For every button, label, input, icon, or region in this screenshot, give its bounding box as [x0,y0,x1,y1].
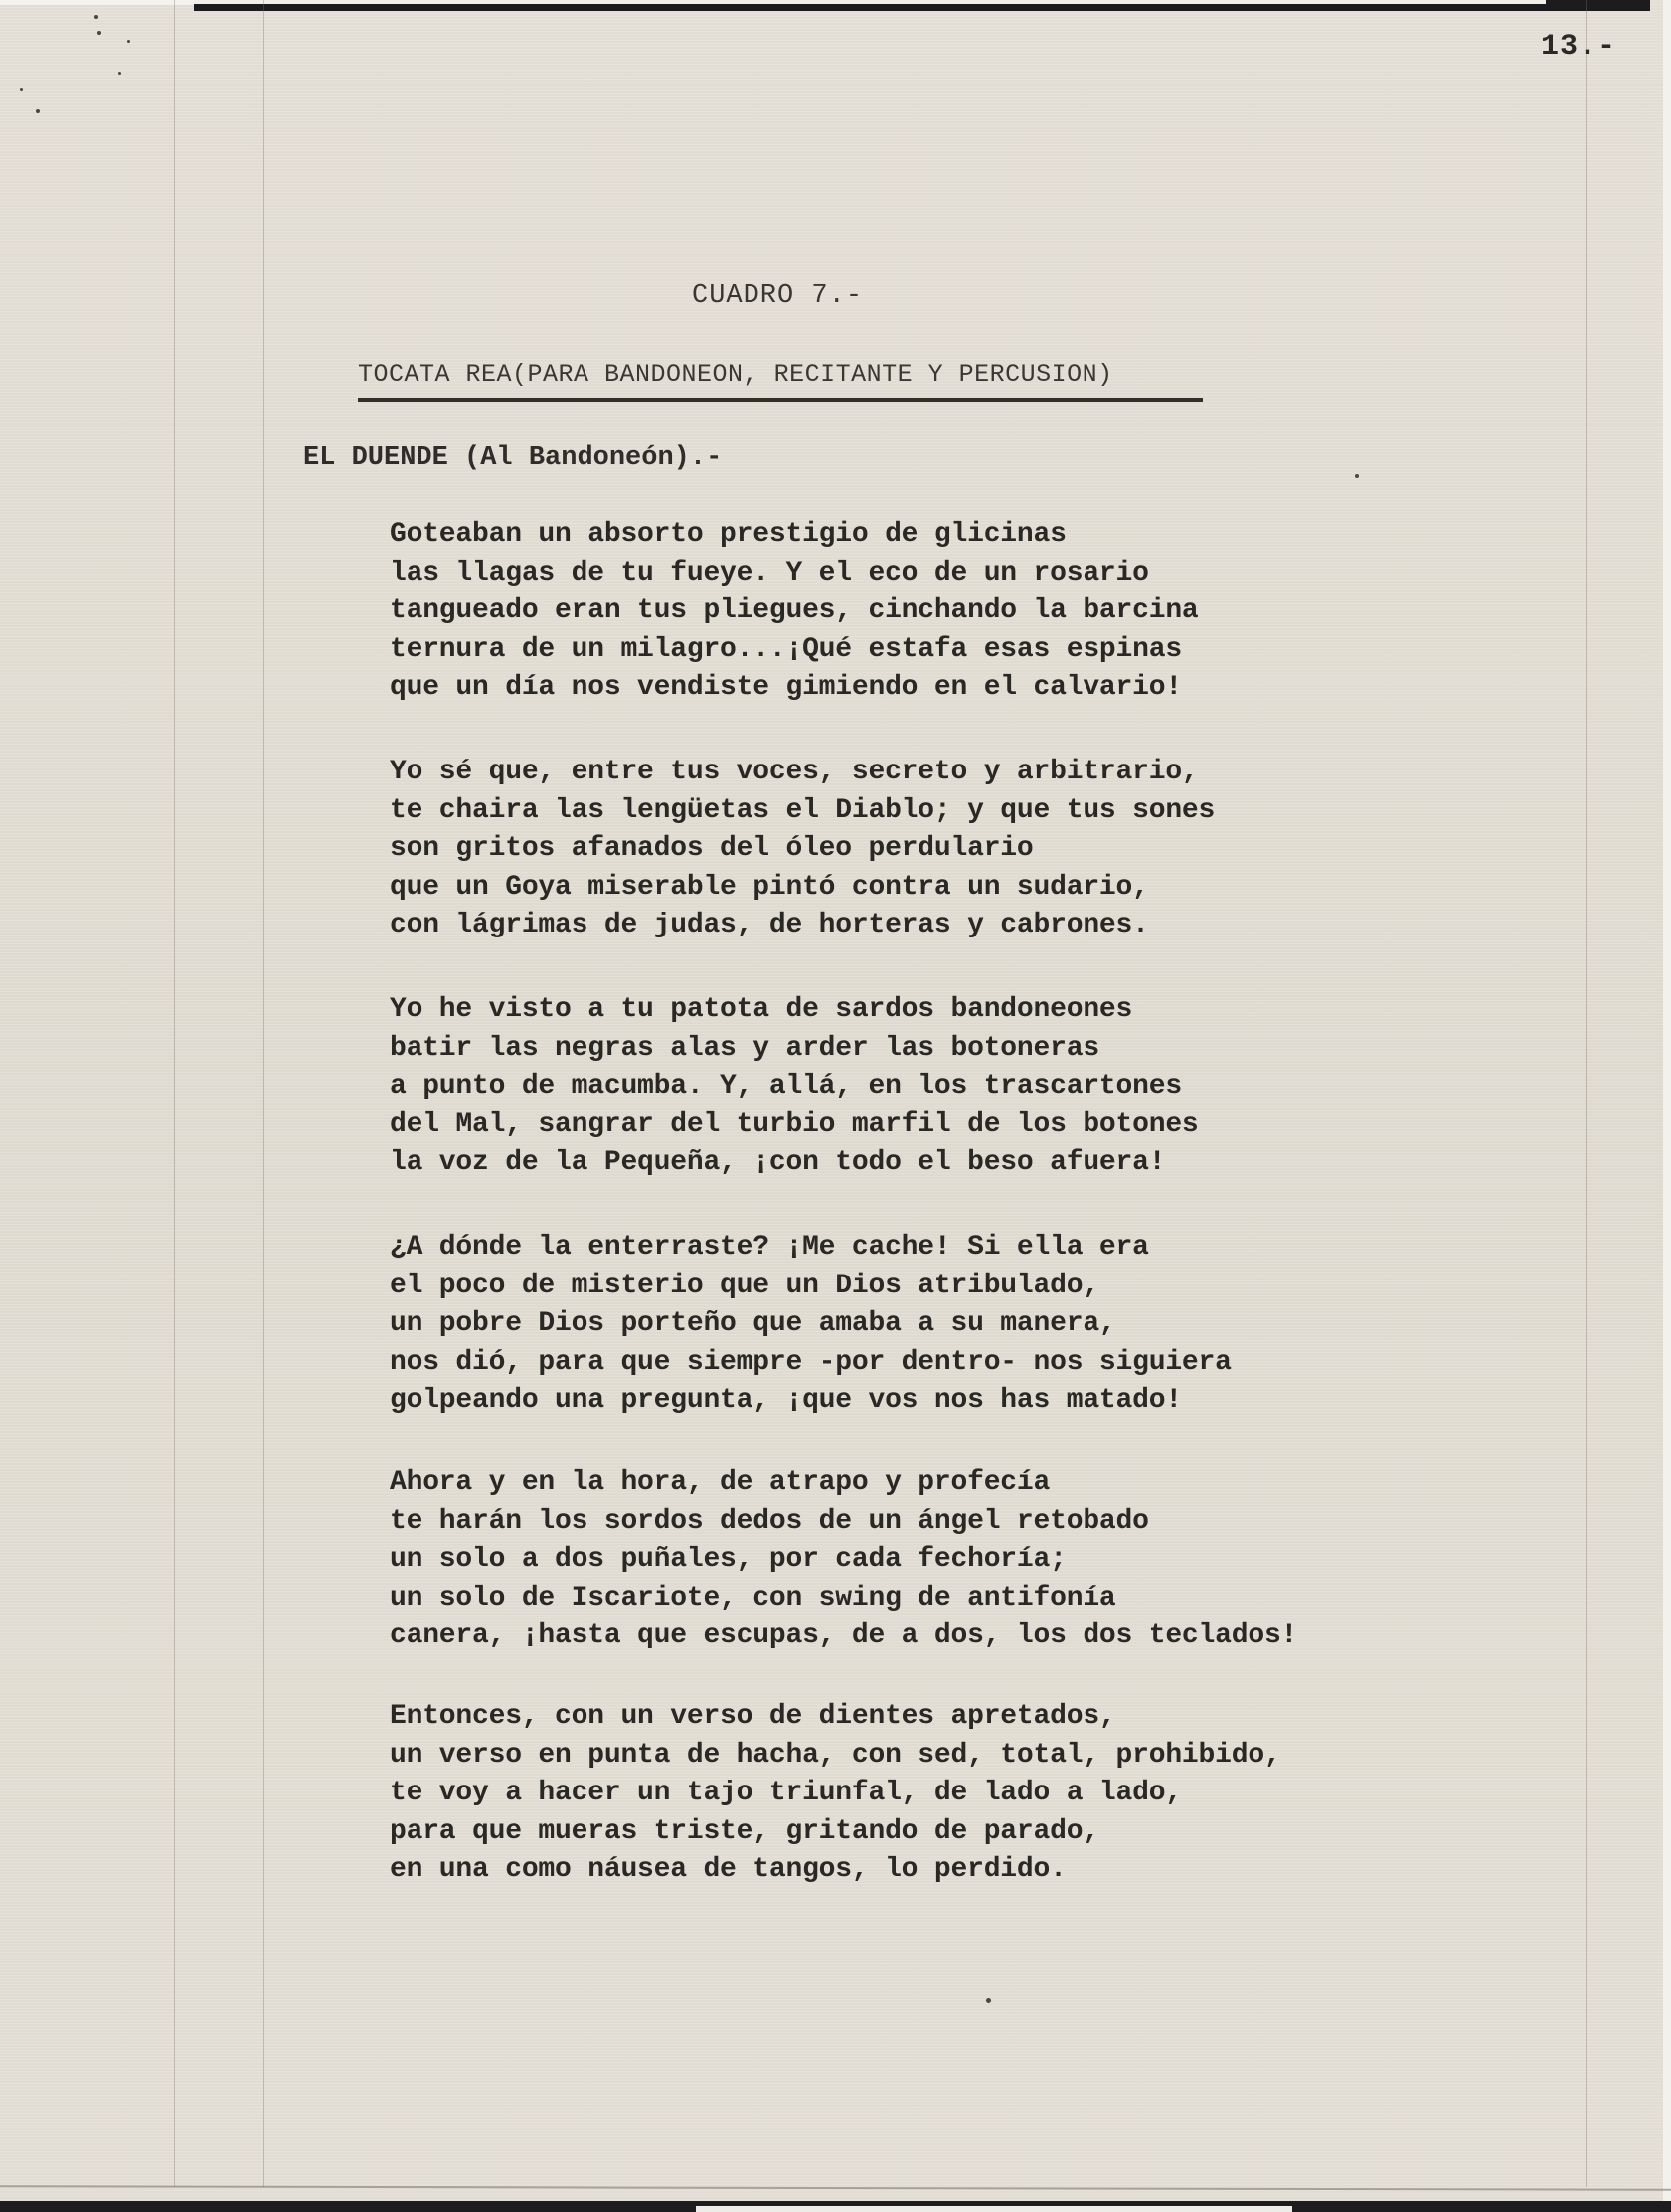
scene-title: CUADRO 7.- [692,281,863,311]
verse-line: la voz de la Pequeña, ¡con todo el beso … [390,1144,1199,1183]
ink-speck [97,31,101,35]
ink-speck [986,1998,991,2003]
verse-line: son gritos afanados del óleo perdulario [390,830,1215,869]
ink-speck [118,72,121,75]
fold-line [1586,0,1587,2187]
verse-line: batir las negras alas y arder las botone… [390,1030,1199,1069]
verse-line: un verso en punta de hacha, con sed, tot… [390,1737,1281,1776]
ink-speck [20,88,23,91]
ink-speck [94,15,98,19]
scan-border-bottom-highlight [696,2206,1292,2212]
verse-line: un solo de Iscariote, con swing de antif… [390,1580,1297,1618]
verse-line: a punto de macumba. Y, allá, en los tras… [390,1068,1199,1106]
verse-line: ¿A dónde la enterraste? ¡Me cache! Si el… [390,1229,1232,1268]
verse-line: en una como náusea de tangos, lo perdido… [390,1851,1281,1890]
verse-line: las llagas de tu fueye. Y el eco de un r… [390,555,1199,594]
stanza-6: Entonces, con un verso de dientes apreta… [390,1698,1281,1890]
stanza-1: Goteaban un absorto prestigio de glicina… [390,516,1199,708]
ink-speck [127,40,130,43]
scan-border-right [1663,0,1671,2212]
verse-line: Yo he visto a tu patota de sardos bandon… [390,991,1199,1030]
ink-speck [1355,474,1359,478]
verse-line: tangueado eran tus pliegues, cinchando l… [390,593,1199,631]
stanza-2: Yo sé que, entre tus voces, secreto y ar… [390,754,1215,945]
verse-line: Yo sé que, entre tus voces, secreto y ar… [390,754,1215,792]
stanza-4: ¿A dónde la enterraste? ¡Me cache! Si el… [390,1229,1232,1421]
speaker-heading: EL DUENDE (Al Bandoneón).- [303,443,722,473]
verse-line: del Mal, sangrar del turbio marfil de lo… [390,1106,1199,1145]
fold-line [263,0,264,2187]
verse-line: golpeando una pregunta, ¡que vos nos has… [390,1382,1232,1421]
scan-border-top-highlight [194,0,1546,4]
verse-line: Goteaban un absorto prestigio de glicina… [390,516,1199,555]
verse-line: un solo a dos puñales, por cada fechoría… [390,1541,1297,1580]
stanza-3: Yo he visto a tu patota de sardos bandon… [390,991,1199,1183]
verse-line: que un día nos vendiste gimiendo en el c… [390,669,1199,708]
scene-subtitle: TOCATA REA(PARA BANDONEON, RECITANTE Y P… [358,360,1113,389]
stanza-5: Ahora y en la hora, de atrapo y profecía… [390,1464,1297,1656]
verse-line: te chaira las lengüetas el Diablo; y que… [390,792,1215,831]
ink-speck [36,109,40,113]
subtitle-underline [358,398,1203,402]
verse-line: te harán los sordos dedos de un ángel re… [390,1503,1297,1542]
verse-line: Ahora y en la hora, de atrapo y profecía [390,1464,1297,1503]
page-number: 13.- [1541,30,1616,64]
verse-line: que un Goya miserable pintó contra un su… [390,869,1215,908]
verse-line: para que mueras triste, gritando de para… [390,1813,1281,1852]
verse-line: un pobre Dios porteño que amaba a su man… [390,1305,1232,1344]
verse-line: ternura de un milagro...¡Qué estafa esas… [390,631,1199,670]
verse-line: con lágrimas de judas, de horteras y cab… [390,907,1215,945]
verse-line: Entonces, con un verso de dientes apreta… [390,1698,1281,1737]
verse-line: canera, ¡hasta que escupas, de a dos, lo… [390,1617,1297,1656]
fold-line [174,0,175,2187]
verse-line: el poco de misterio que un Dios atribula… [390,1268,1232,1306]
verse-line: te voy a hacer un tajo triunfal, de lado… [390,1775,1281,1813]
scan-border-top-left [0,0,194,5]
verse-line: nos dió, para que siempre -por dentro- n… [390,1344,1232,1383]
